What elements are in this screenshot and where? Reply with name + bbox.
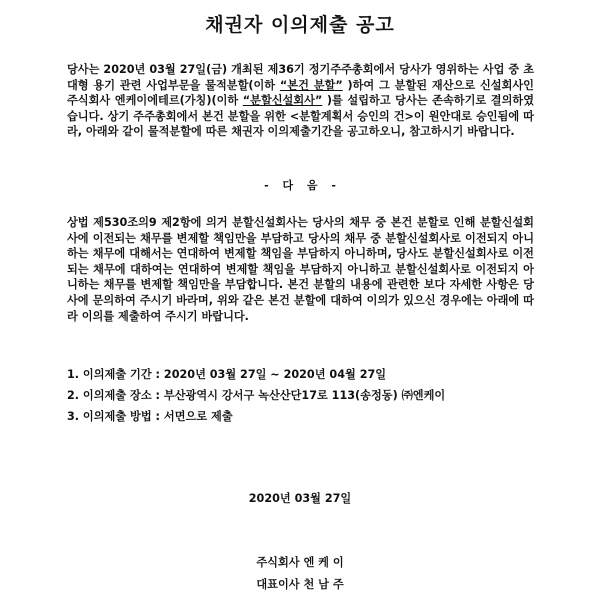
- representative-name: 대표이사 천 남 주: [0, 576, 600, 592]
- section-divider: - 다 음 -: [0, 177, 600, 193]
- objection-period-item: 1. 이의제출 기간 : 2020년 03월 27일 ~ 2020년 04월 2…: [67, 364, 445, 385]
- term-new-company: “분할신설회사”: [243, 94, 323, 107]
- notice-title: 채권자 이의제출 공고: [0, 10, 600, 37]
- body-paragraph: 상법 제530조의9 제2항에 의거 분할신설회사는 당사의 채무 중 본건 분…: [67, 215, 534, 324]
- notice-date: 2020년 03월 27일: [0, 490, 600, 506]
- term-spin-off: “본건 분할”: [280, 79, 343, 92]
- company-name: 주식회사 엔 케 이: [0, 554, 600, 570]
- objection-method-item: 3. 이의제출 방법 : 서면으로 제출: [67, 406, 445, 427]
- intro-paragraph: 당사는 2020년 03월 27일(금) 개최된 제36기 정기주주총회에서 당…: [67, 62, 534, 140]
- objection-place-item: 2. 이의제출 장소 : 부산광역시 강서구 녹산산단17로 113(송정동) …: [67, 385, 445, 406]
- objection-items-list: 1. 이의제출 기간 : 2020년 03월 27일 ~ 2020년 04월 2…: [67, 364, 445, 427]
